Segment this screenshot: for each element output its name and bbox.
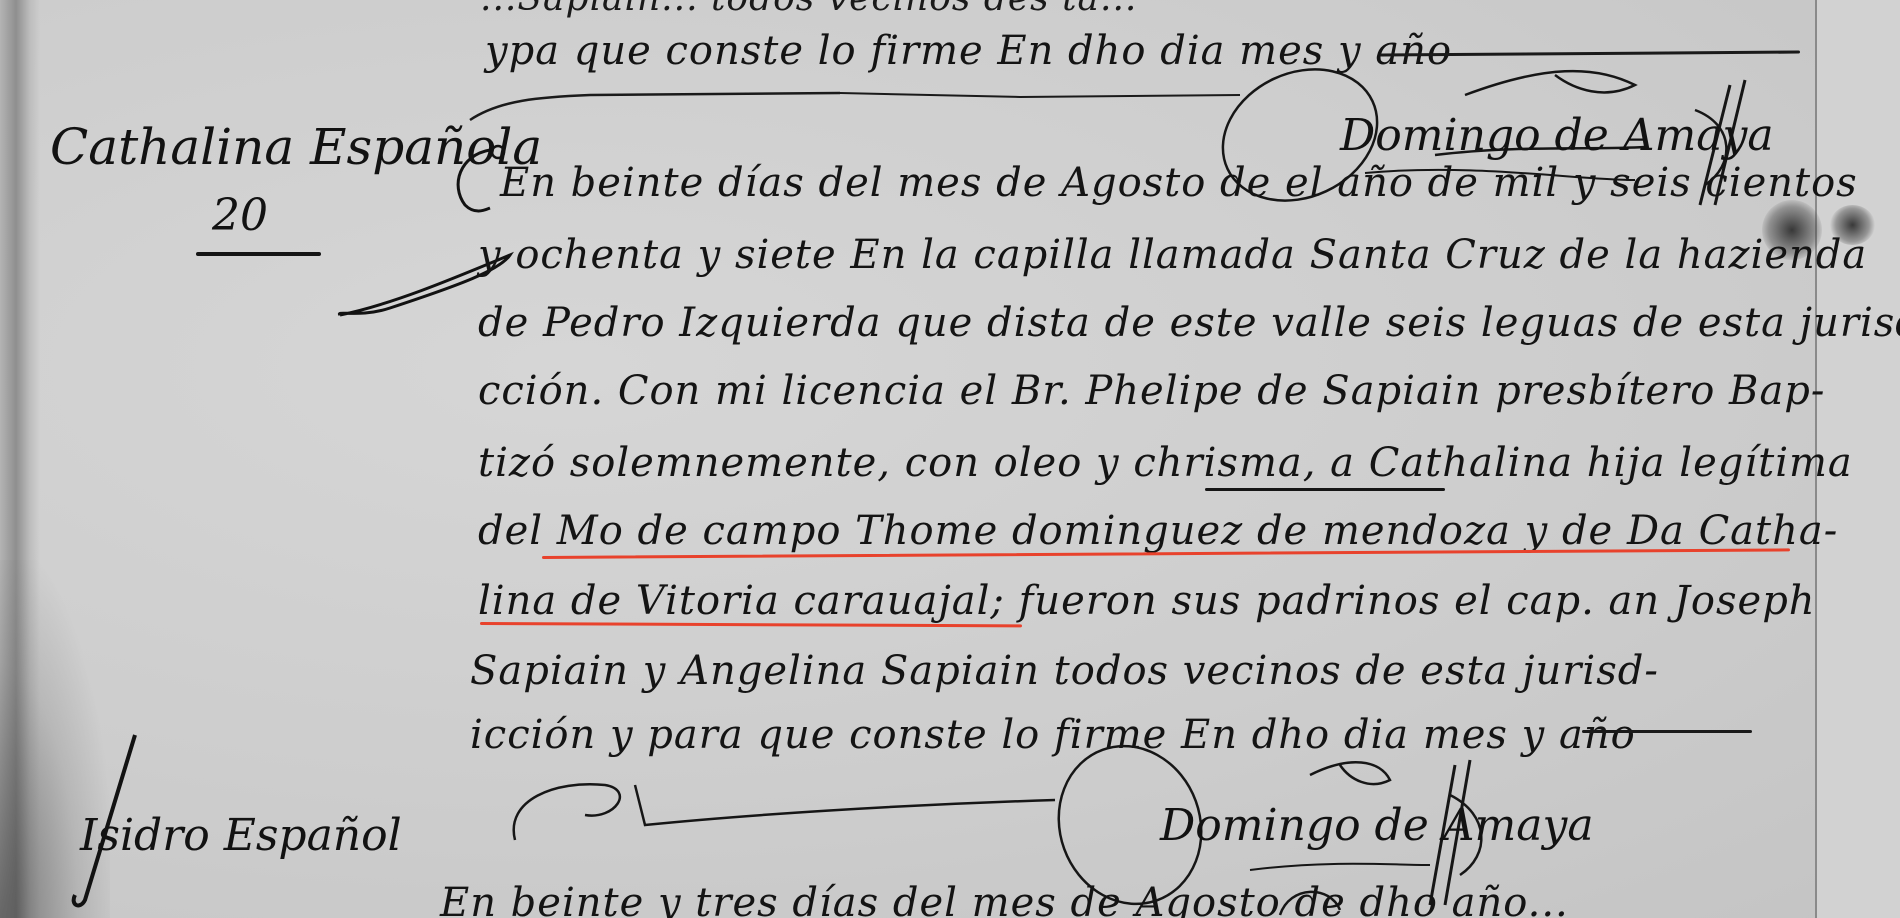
signature-text: Domingo de Amaya	[1159, 800, 1594, 851]
entry-line-8: Sapiain y Angelina Sapiain todos vecinos…	[470, 648, 1659, 694]
signature-text: Domingo de Amaya	[1339, 110, 1774, 161]
entry-number-underline	[196, 252, 321, 256]
entry-line-3: de Pedro Izquierda que dista de este val…	[478, 300, 1900, 346]
closing-rule	[1582, 730, 1752, 733]
entry-separator	[460, 85, 1260, 125]
initial-i-flourish	[60, 725, 150, 915]
entry-line-6: del Mo de campo Thome dominguez de mendo…	[478, 508, 1838, 554]
previous-entry-line: ...Sapiain... todos vecinos des ta...	[480, 0, 1137, 19]
entry-line-2: y ochenta y siete En la capilla llamada …	[478, 232, 1867, 278]
entry-line-5: tizó solemnemente, con oleo y chrisma, a…	[478, 440, 1853, 486]
register-page: ...Sapiain... todos vecinos des ta... yp…	[0, 0, 1900, 918]
next-entry-first-line: En beinte y tres días del mes de Agosto …	[440, 880, 1569, 918]
entry-line-1: En beinte días del mes de Agosto de el a…	[500, 160, 1858, 206]
entry-number: 20	[212, 190, 268, 241]
entry-line-4: cción. Con mi licencia el Br. Phelipe de…	[478, 368, 1825, 414]
baptized-name-underline	[1205, 488, 1445, 491]
priest-signature-2: Domingo de Amaya	[1160, 785, 1580, 865]
entry-line-7: lina de Vitoria carauajal; fueron sus pa…	[478, 578, 1816, 624]
